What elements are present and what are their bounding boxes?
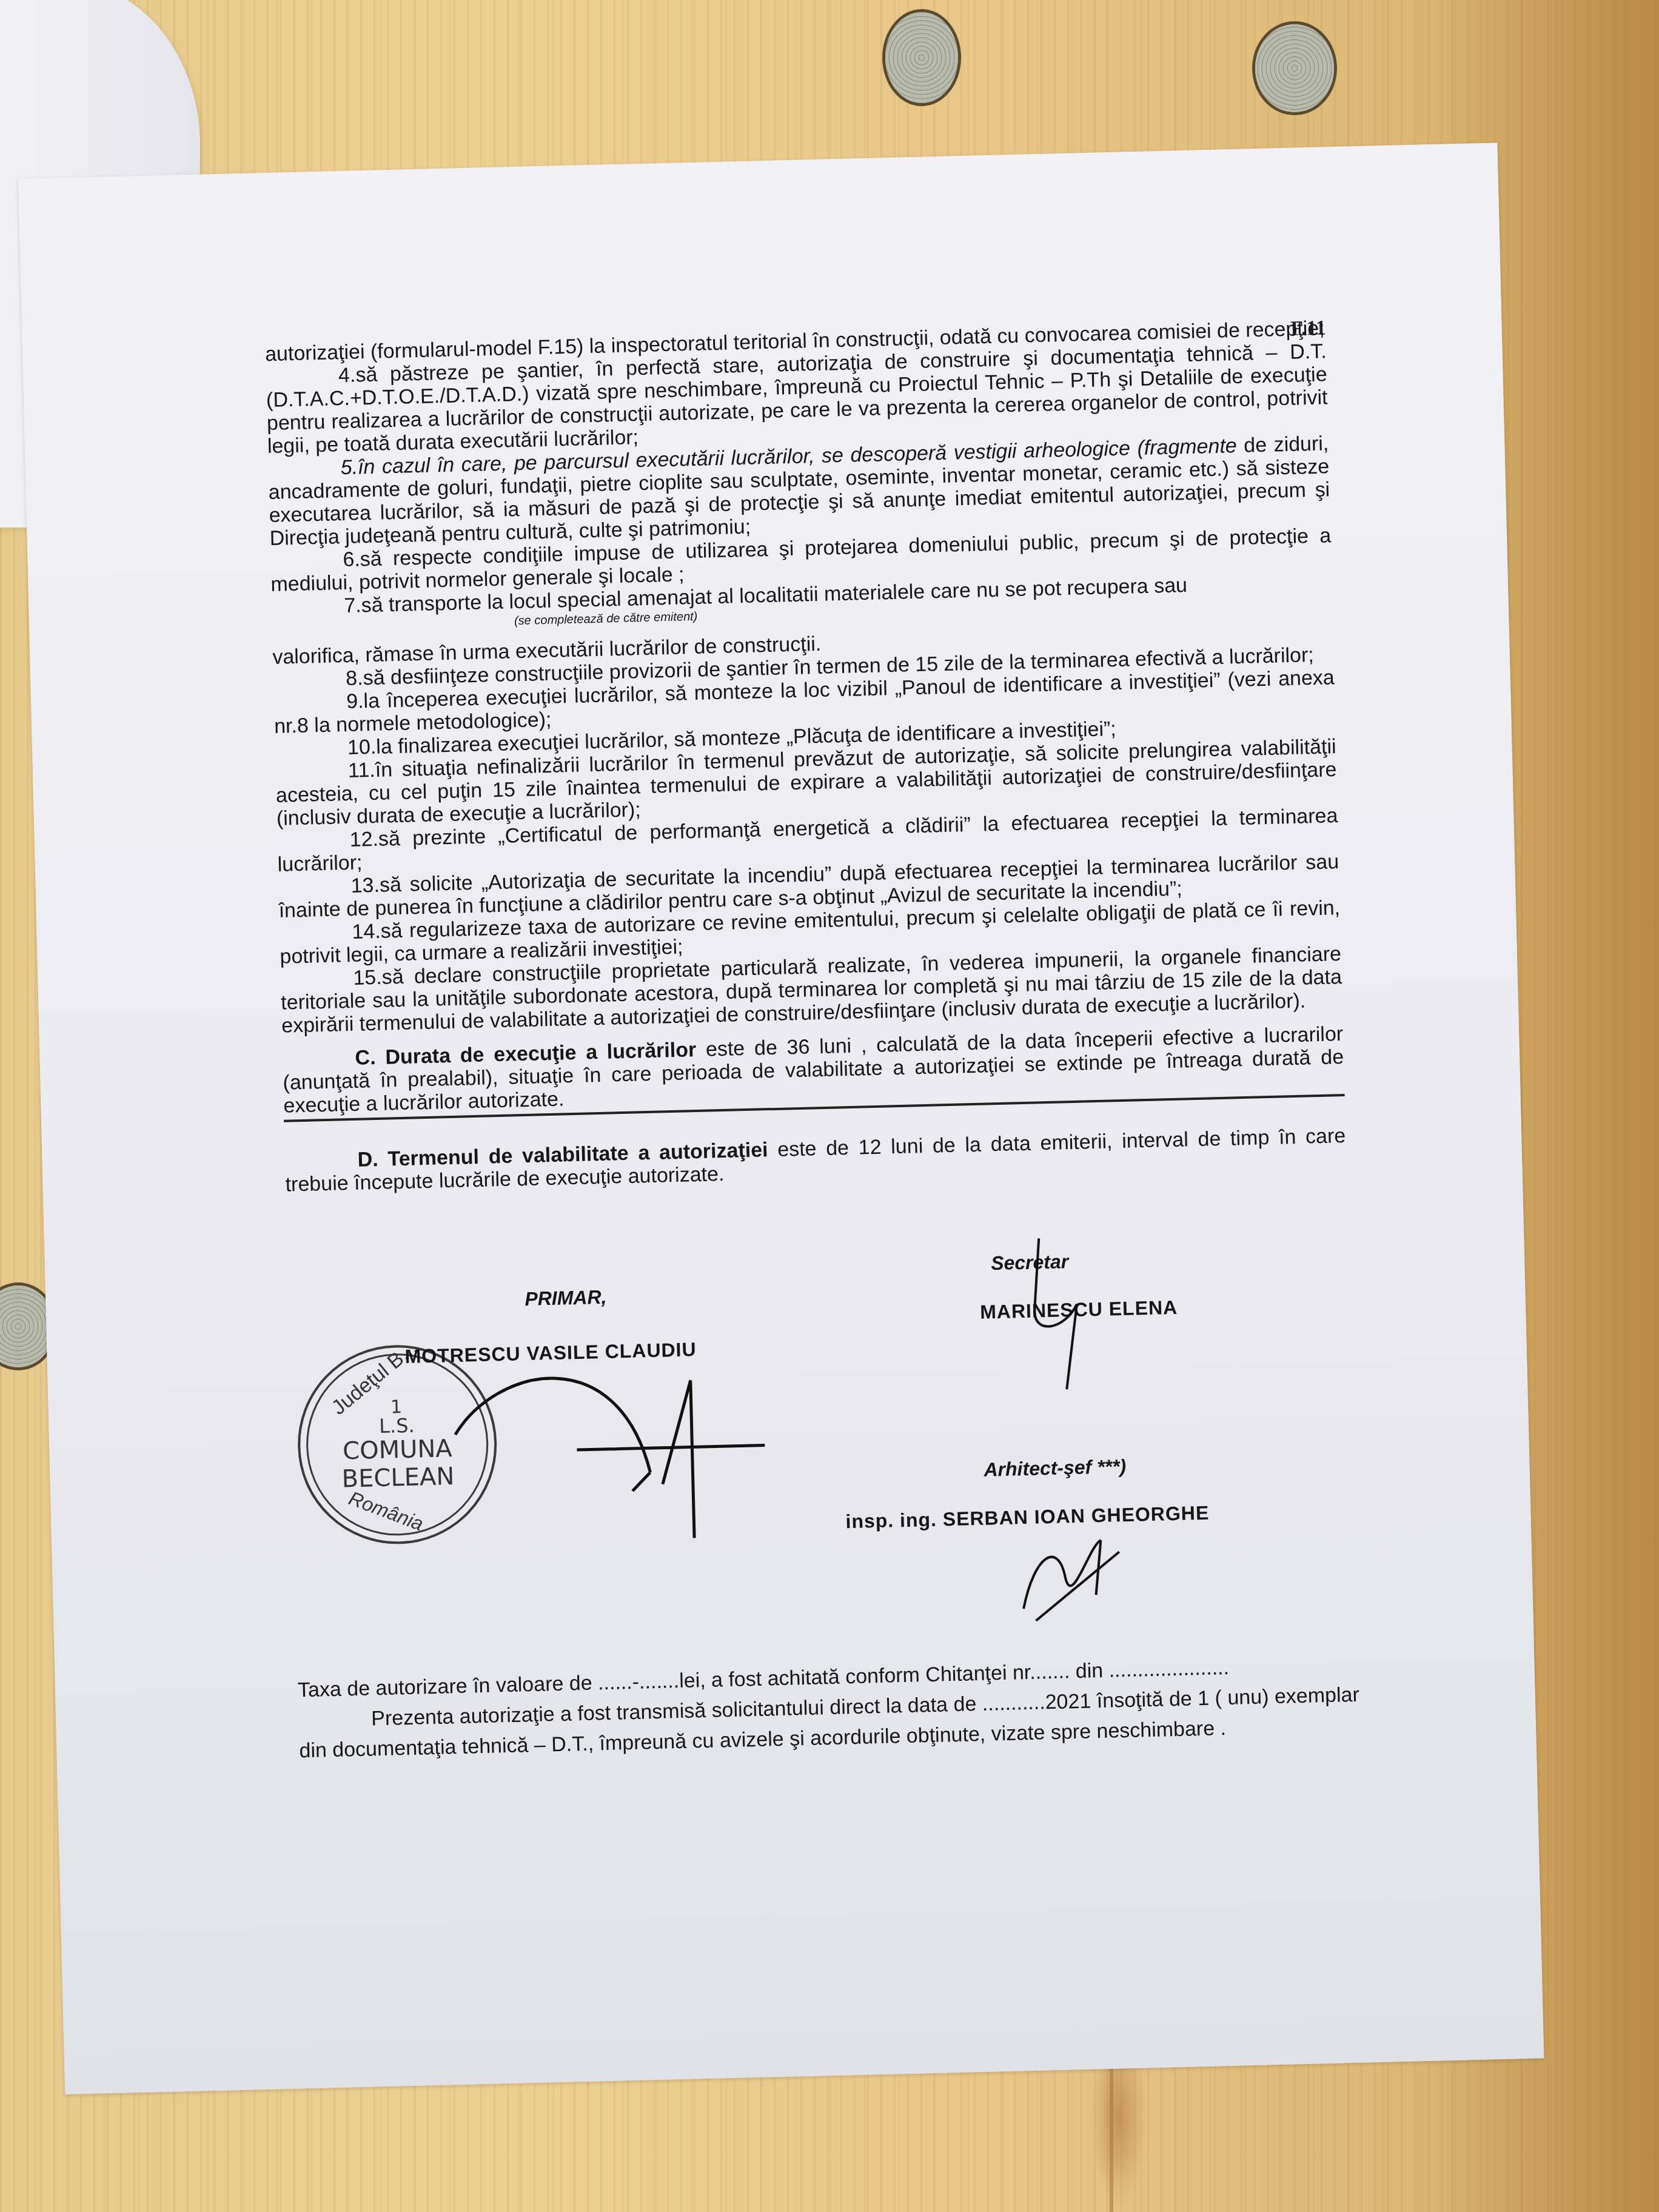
primar-label: PRIMAR, [525,1285,607,1310]
permit-page: F.11 autorizaţiei (formularul-model F.15… [18,142,1544,2094]
section-c-duration: C. Durata de execuţie a lucrărilor este … [282,1022,1344,1122]
primar-signature-icon [374,1342,766,1534]
signature-block: PRIMAR, Judeţul B... 1 L.S. COMUNA BECLE… [287,1207,1358,1657]
section-d-validity: D. Termenul de valabilitate a autorizaţi… [284,1124,1346,1196]
secretar-signature-icon [1008,1236,1133,1397]
footer-block: Taxa de autorizare în valoare de ......-… [297,1649,1360,1766]
arhitect-signature-icon [1010,1527,1133,1634]
screw-head-icon [885,12,958,103]
arhitect-label: Arhitect-şef ***) [984,1455,1127,1481]
document-body: autorizaţiei (formularul-model F.15) la … [265,317,1361,1766]
section-c-text: este de 36 luni , calculată de la data î… [283,1022,1344,1118]
arhitect-name: insp. ing. SERBAN IOAN GHEORGHE [845,1501,1210,1533]
screw-head-icon [1255,24,1334,112]
